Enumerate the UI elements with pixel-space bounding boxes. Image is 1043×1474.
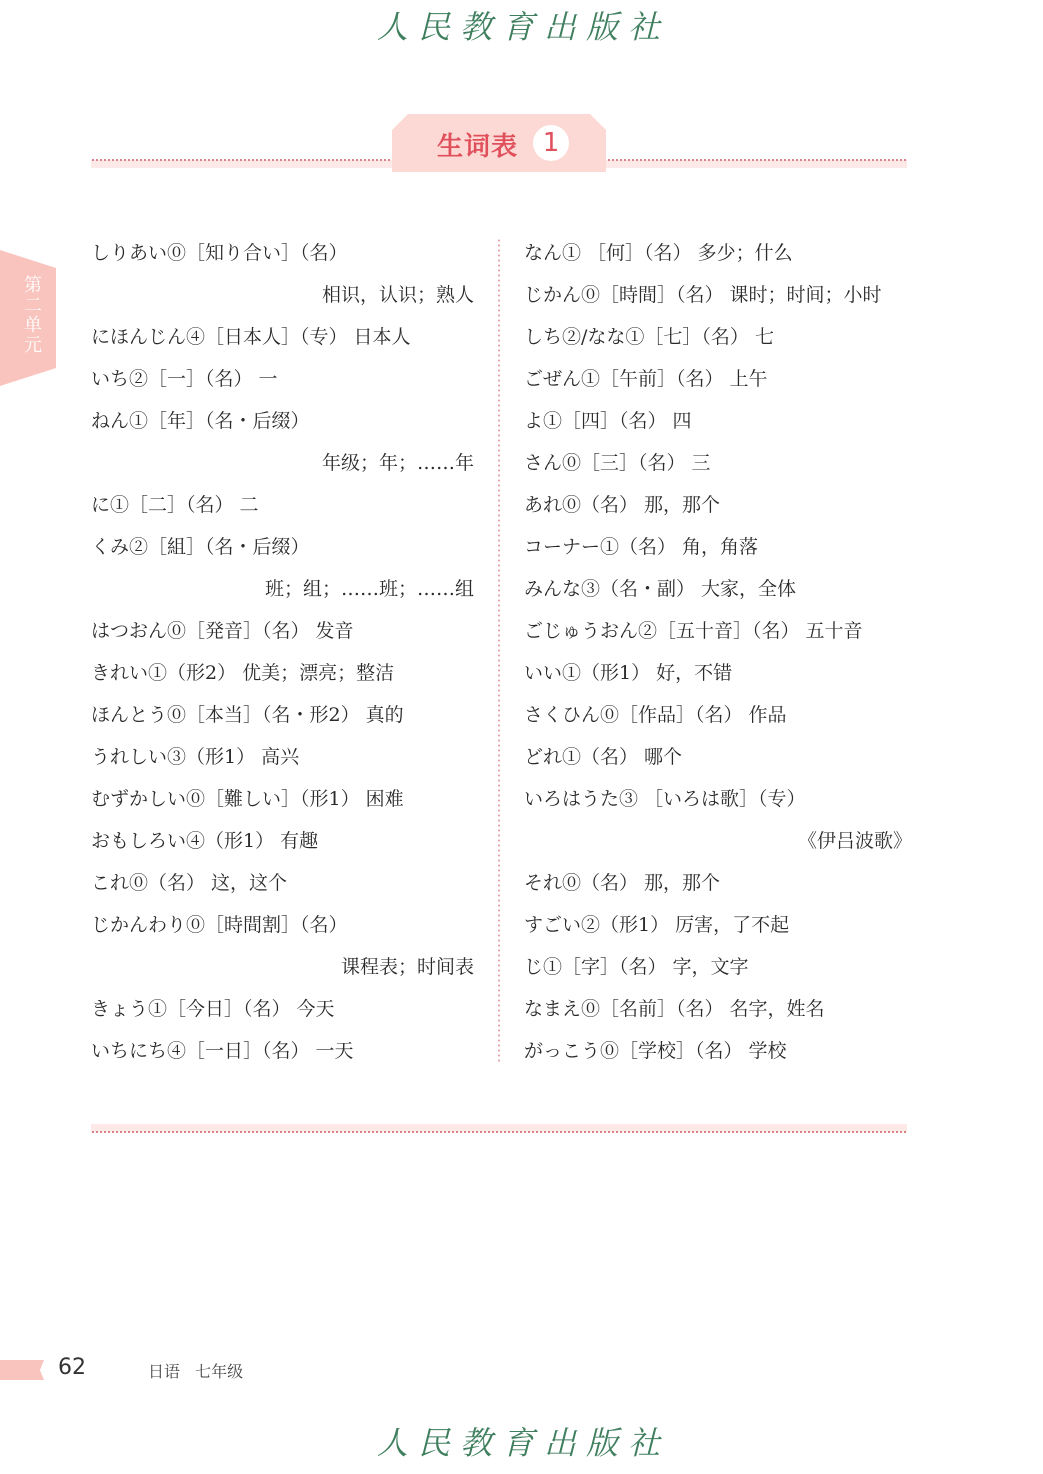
vocab-entry: ごぜん①［午前］（名） 上午 [524, 358, 912, 400]
vocab-entry: いろはうた③ ［いろは歌］（专） [524, 778, 912, 820]
vocab-entry: さくひん⓪［作品］（名） 作品 [524, 694, 912, 736]
vocab-entry-meaning-continued: 《伊吕波歌》 [524, 820, 912, 862]
bottom-rule [91, 1124, 907, 1136]
book-title: 日语 七年级 [148, 1359, 243, 1382]
vocab-entry-meaning-continued: 班；组；……班；……组 [91, 568, 474, 610]
vocab-entry: くみ②［組］（名・后缀） [91, 526, 474, 568]
vocab-entry: しりあい⓪［知り合い］（名） [91, 232, 474, 274]
publisher-calligraphy-icon: 人民教育出版社 [378, 1420, 668, 1464]
vocab-entry: いち②［一］（名） 一 [91, 358, 474, 400]
page-number: 62 [58, 1355, 86, 1380]
vocab-entry: にほんじん④［日本人］（专） 日本人 [91, 316, 474, 358]
vocab-entry: よ①［四］（名） 四 [524, 400, 912, 442]
vocab-column-left: しりあい⓪［知り合い］（名）相识，认识；熟人にほんじん④［日本人］（专） 日本人… [91, 232, 474, 1072]
vocab-entry: これ⓪（名） 这，这个 [91, 862, 474, 904]
vocab-entry: すごい②（形1） 厉害，了不起 [524, 904, 912, 946]
page-tab-marker [0, 1360, 44, 1380]
vocab-entry: どれ①（名） 哪个 [524, 736, 912, 778]
vocab-entry: なまえ⓪［名前］（名） 名字，姓名 [524, 988, 912, 1030]
svg-text:人民教育出版社: 人民教育出版社 [378, 8, 668, 46]
svg-text:人民教育出版社: 人民教育出版社 [378, 1424, 668, 1462]
vocab-entry: ねん①［年］（名・后缀） [91, 400, 474, 442]
vocab-entry: じかんわり⓪［時間割］（名） [91, 904, 474, 946]
vocab-entry-meaning-continued: 年级；年；……年 [91, 442, 474, 484]
column-divider [498, 238, 500, 1062]
vocab-entry: しち②/なな①［七］（名） 七 [524, 316, 912, 358]
vocab-entry: はつおん⓪［発音］（名） 发音 [91, 610, 474, 652]
vocab-entry: ほんとう⓪［本当］（名・形2） 真的 [91, 694, 474, 736]
vocab-entry: きれい①（形2） 优美；漂亮；整洁 [91, 652, 474, 694]
vocab-entry: なん① ［何］（名） 多少；什么 [524, 232, 912, 274]
vocab-entry: ごじゅうおん②［五十音］（名） 五十音 [524, 610, 912, 652]
vocab-entry: みんな③（名・副） 大家，全体 [524, 568, 912, 610]
page-title: 生词表 [437, 126, 518, 163]
vocab-entry: むずかしい⓪［難しい］（形1） 困难 [91, 778, 474, 820]
vocab-entry-meaning-continued: 相识，认识；熟人 [91, 274, 474, 316]
vocab-entry: それ⓪（名） 那，那个 [524, 862, 912, 904]
vocab-entry-meaning-continued: 课程表；时间表 [91, 946, 474, 988]
title-number-badge: 1 [533, 125, 569, 161]
publisher-calligraphy-icon: 人民教育出版社 [378, 4, 668, 48]
unit-label: 第二单元 [22, 276, 44, 356]
vocab-entry: に①［二］（名） 二 [91, 484, 474, 526]
vocab-entry: うれしい③（形1） 高兴 [91, 736, 474, 778]
vocab-entry: きょう①［今日］（名） 今天 [91, 988, 474, 1030]
vocab-entry: いい①（形1） 好，不错 [524, 652, 912, 694]
vocab-entry: さん⓪［三］（名） 三 [524, 442, 912, 484]
vocab-entry: じ①［字］（名） 字，文字 [524, 946, 912, 988]
vocab-entry: コーナー①（名） 角，角落 [524, 526, 912, 568]
vocab-entry: いちにち④［一日］（名） 一天 [91, 1030, 474, 1072]
vocab-entry: おもしろい④（形1） 有趣 [91, 820, 474, 862]
vocab-entry: あれ⓪（名） 那，那个 [524, 484, 912, 526]
vocab-entry: じかん⓪［時間］（名） 课时；时间；小时 [524, 274, 912, 316]
vocab-entry: がっこう⓪［学校］（名） 学校 [524, 1030, 912, 1072]
vocab-column-right: なん① ［何］（名） 多少；什么じかん⓪［時間］（名） 课时；时间；小时しち②/… [524, 232, 912, 1072]
